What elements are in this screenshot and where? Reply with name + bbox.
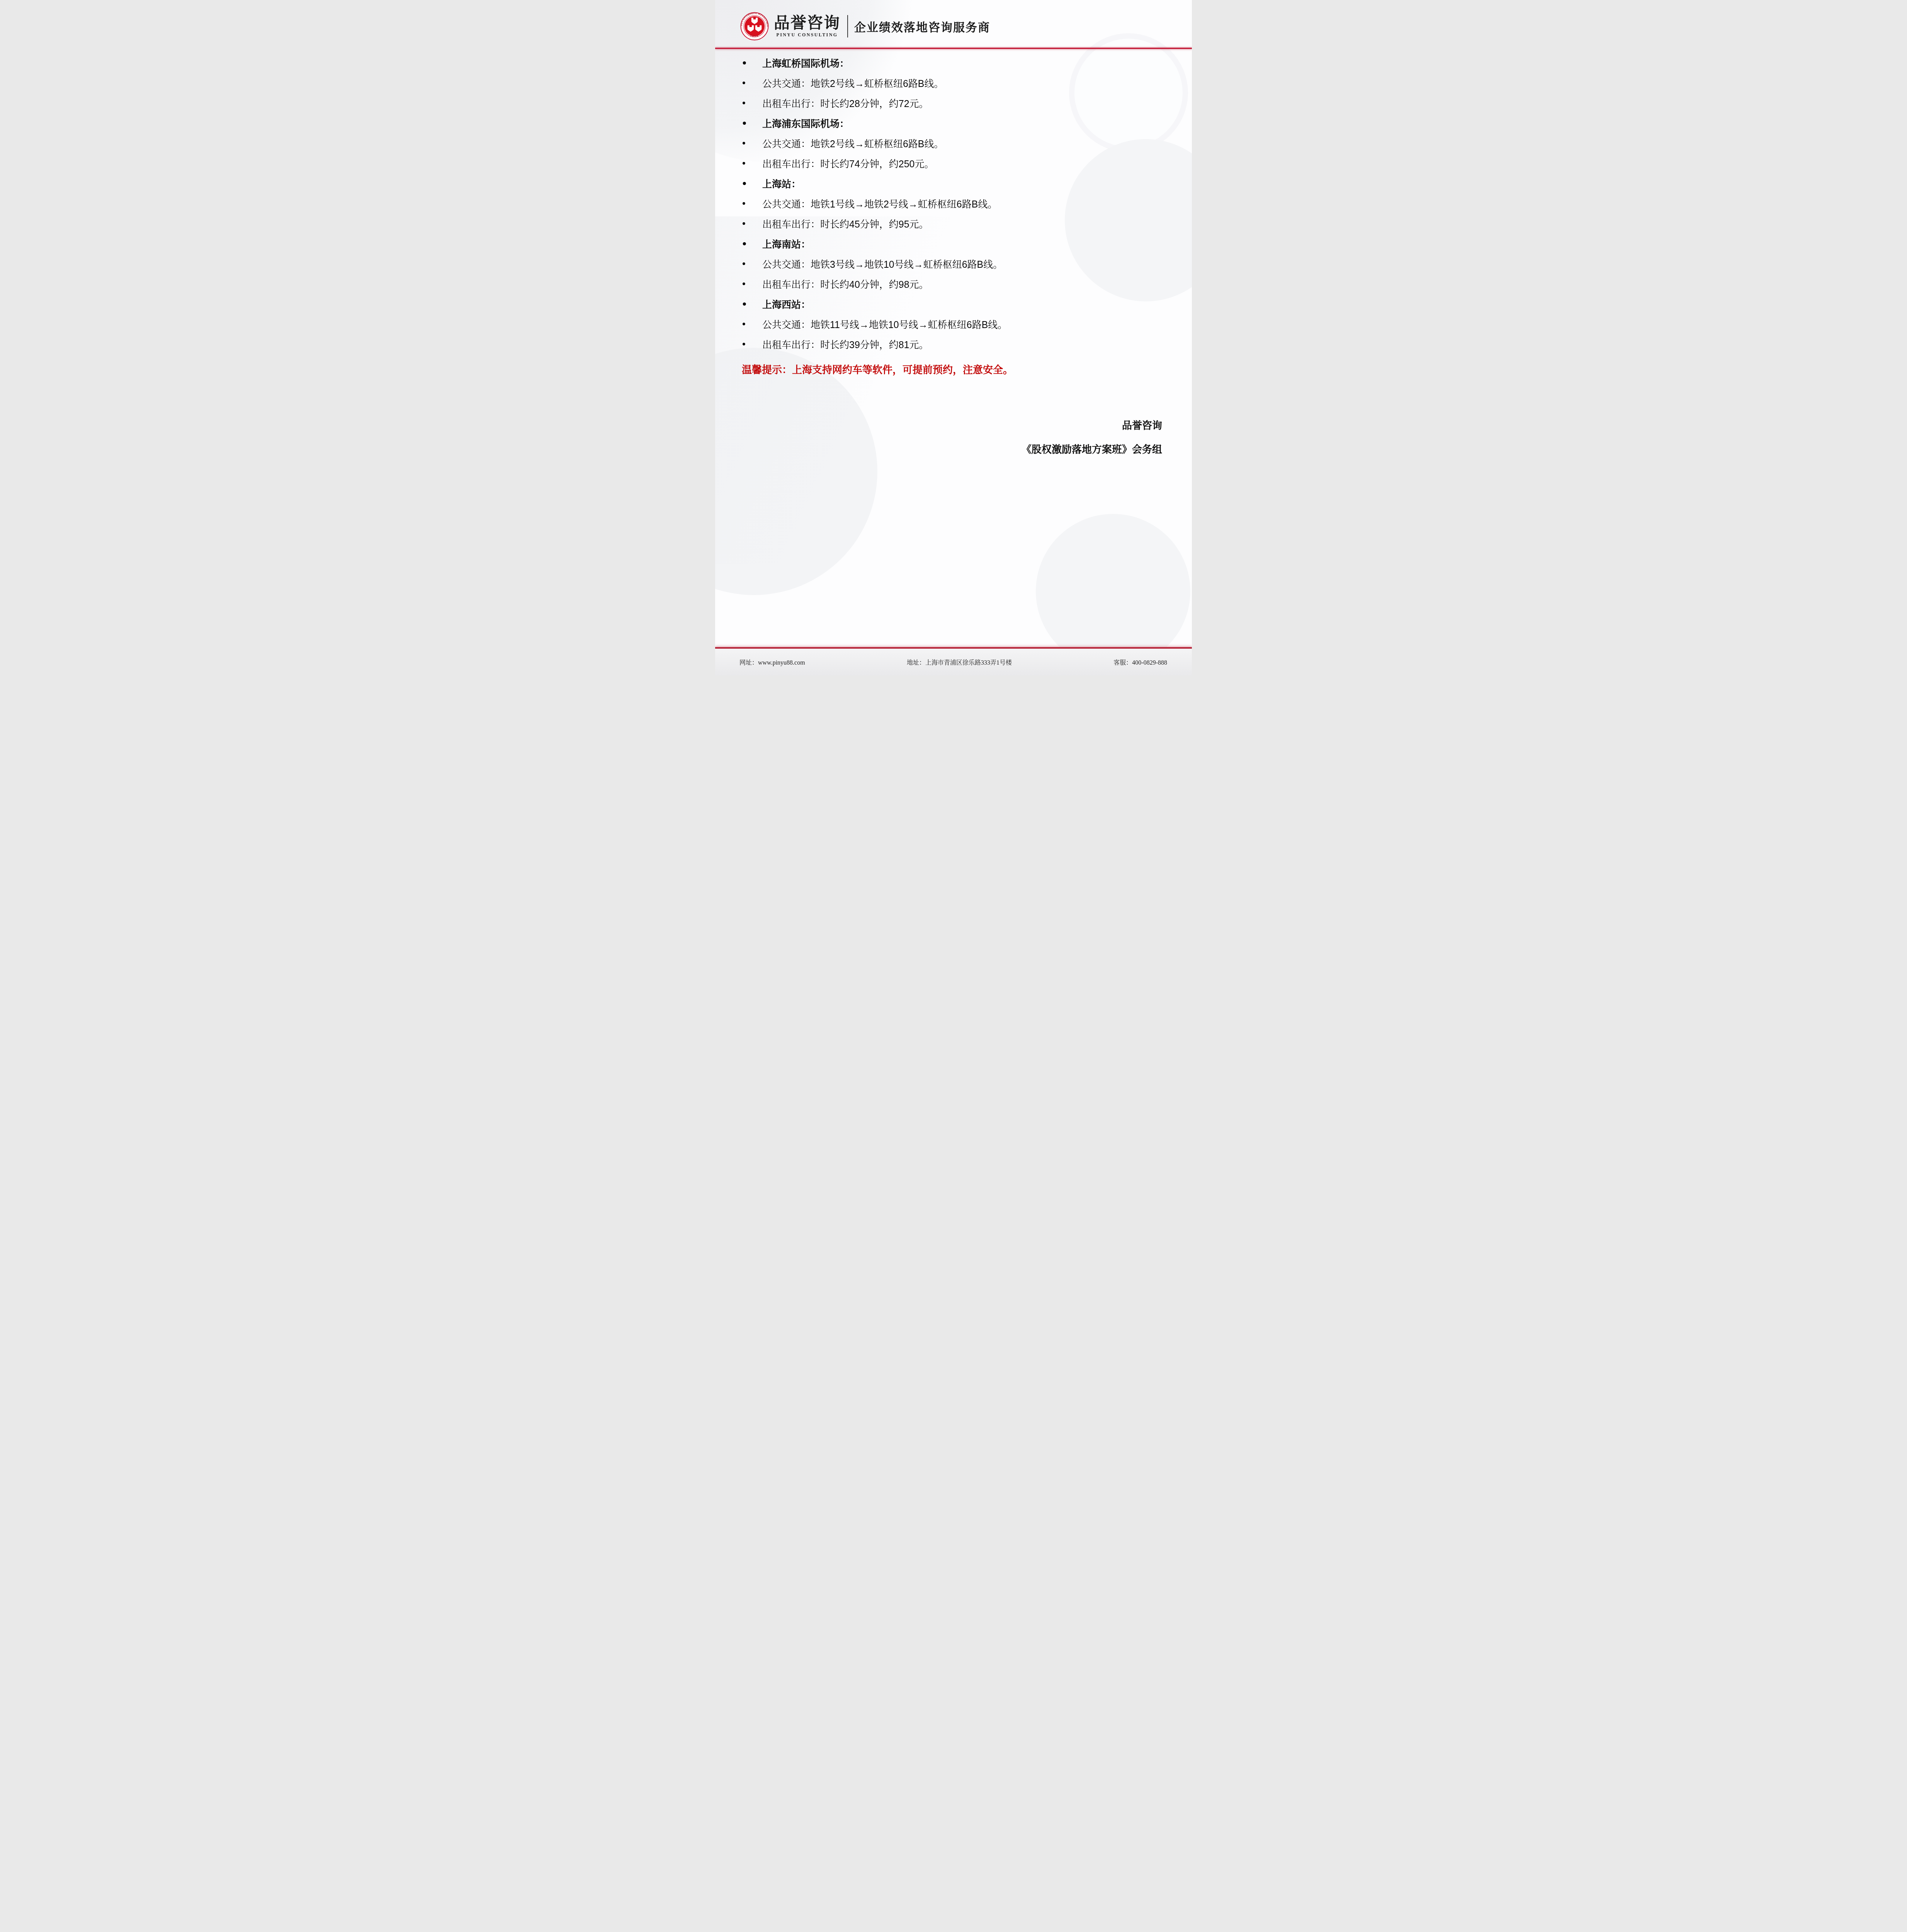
station-title: 上海浦东国际机场： (762, 116, 849, 130)
warm-tip-text: 温馨提示：上海支持网约车等软件，可提前预约，注意安全。 (742, 362, 1013, 376)
taxi-item: • 出租车出行：时长约39分钟，约81元。 (715, 334, 1192, 354)
brand-block: 品誉咨询 PINYU CONSULTING (774, 15, 840, 38)
warm-tip-notice: 温馨提示：上海支持网约车等软件，可提前预约，注意安全。 (715, 359, 1192, 379)
footer-address: 地址：上海市青浦区徐乐路333弄1号楼 (907, 658, 1012, 667)
item-bullet-icon: • (742, 319, 762, 330)
item-bullet-icon: • (742, 78, 762, 89)
brand-tagline: 企业绩效落地咨询服务商 (854, 18, 990, 35)
taxi-text: 出租车出行：时长约74分钟，约250元。 (762, 156, 934, 170)
item-bullet-icon: • (742, 138, 762, 149)
transit-text: 公共交通：地铁11号线→地铁10号线→虹桥枢纽6路B线。 (762, 317, 1007, 331)
transit-text: 公共交通：地铁2号线→虹桥枢纽6路B线。 (762, 76, 943, 90)
station-heading: ● 上海虹桥国际机场： (715, 53, 1192, 73)
transit-text: 公共交通：地铁2号线→虹桥枢纽6路B线。 (762, 136, 943, 150)
brand-name-en: PINYU CONSULTING (774, 32, 840, 38)
item-bullet-icon: • (742, 198, 762, 209)
transit-text: 公共交通：地铁1号线→地铁2号线→虹桥枢纽6路B线。 (762, 197, 997, 211)
station-title: 上海站： (762, 177, 801, 190)
item-bullet-icon: • (742, 259, 762, 270)
station-title: 上海西站： (762, 297, 811, 311)
transit-item: • 公共交通：地铁2号线→虹桥枢纽6路B线。 (715, 133, 1192, 153)
taxi-text: 出租车出行：时长约40分钟，约98元。 (762, 277, 929, 291)
taxi-item: • 出租车出行：时长约45分钟，约95元。 (715, 214, 1192, 234)
document-page: PINYU ENTERPRISE MANAGEMENT 2014 品誉咨询 PI… (715, 0, 1192, 675)
header: PINYU ENTERPRISE MANAGEMENT 2014 品誉咨询 PI… (715, 0, 1192, 48)
item-bullet-icon: • (742, 158, 762, 169)
header-rule (715, 48, 1192, 49)
section-bullet-icon: ● (742, 240, 762, 248)
transit-item: • 公共交通：地铁2号线→虹桥枢纽6路B线。 (715, 73, 1192, 93)
background-circle (715, 348, 877, 595)
taxi-item: • 出租车出行：时长约74分钟，约250元。 (715, 153, 1192, 173)
transit-text: 公共交通：地铁3号线→地铁10号线→虹桥枢纽6路B线。 (762, 257, 1003, 271)
signature-block: 品誉咨询 《股权激励落地方案班》会务组 (1021, 415, 1162, 459)
item-bullet-icon: • (742, 339, 762, 350)
station-heading: ● 上海浦东国际机场： (715, 113, 1192, 133)
brand-divider (847, 15, 848, 37)
brand-name-cn: 品誉咨询 (774, 15, 840, 31)
signature-team: 《股权激励落地方案班》会务组 (1021, 439, 1162, 459)
signature-company: 品誉咨询 (1021, 415, 1162, 435)
footer-website: 网址：www.pinyu88.com (739, 658, 805, 667)
footer-service-phone: 客服：400-0829-888 (1113, 658, 1167, 667)
item-bullet-icon: • (742, 98, 762, 109)
item-bullet-icon: • (742, 218, 762, 230)
background-circle (1036, 514, 1190, 668)
transit-item: • 公共交通：地铁11号线→地铁10号线→虹桥枢纽6路B线。 (715, 314, 1192, 334)
section-bullet-icon: ● (742, 119, 762, 128)
pinyu-seal-logo-icon: PINYU ENTERPRISE MANAGEMENT 2014 (740, 12, 769, 41)
item-bullet-icon: • (742, 279, 762, 290)
station-heading: ● 上海站： (715, 173, 1192, 194)
taxi-item: • 出租车出行：时长约40分钟，约98元。 (715, 274, 1192, 294)
transit-item: • 公共交通：地铁3号线→地铁10号线→虹桥枢纽6路B线。 (715, 254, 1192, 274)
section-bullet-icon: ● (742, 300, 762, 308)
taxi-text: 出租车出行：时长约39分钟，约81元。 (762, 337, 929, 351)
station-heading: ● 上海西站： (715, 294, 1192, 314)
transport-directions: ● 上海虹桥国际机场： • 公共交通：地铁2号线→虹桥枢纽6路B线。 • 出租车… (715, 53, 1192, 379)
station-title: 上海南站： (762, 237, 811, 251)
station-heading: ● 上海南站： (715, 234, 1192, 254)
section-bullet-icon: ● (742, 59, 762, 67)
taxi-text: 出租车出行：时长约45分钟，约95元。 (762, 217, 929, 231)
station-title: 上海虹桥国际机场： (762, 56, 849, 70)
footer: 网址：www.pinyu88.com 地址：上海市青浦区徐乐路333弄1号楼 客… (715, 649, 1192, 675)
taxi-text: 出租车出行：时长约28分钟，约72元。 (762, 96, 929, 110)
taxi-item: • 出租车出行：时长约28分钟，约72元。 (715, 93, 1192, 113)
section-bullet-icon: ● (742, 179, 762, 188)
transit-item: • 公共交通：地铁1号线→地铁2号线→虹桥枢纽6路B线。 (715, 194, 1192, 214)
